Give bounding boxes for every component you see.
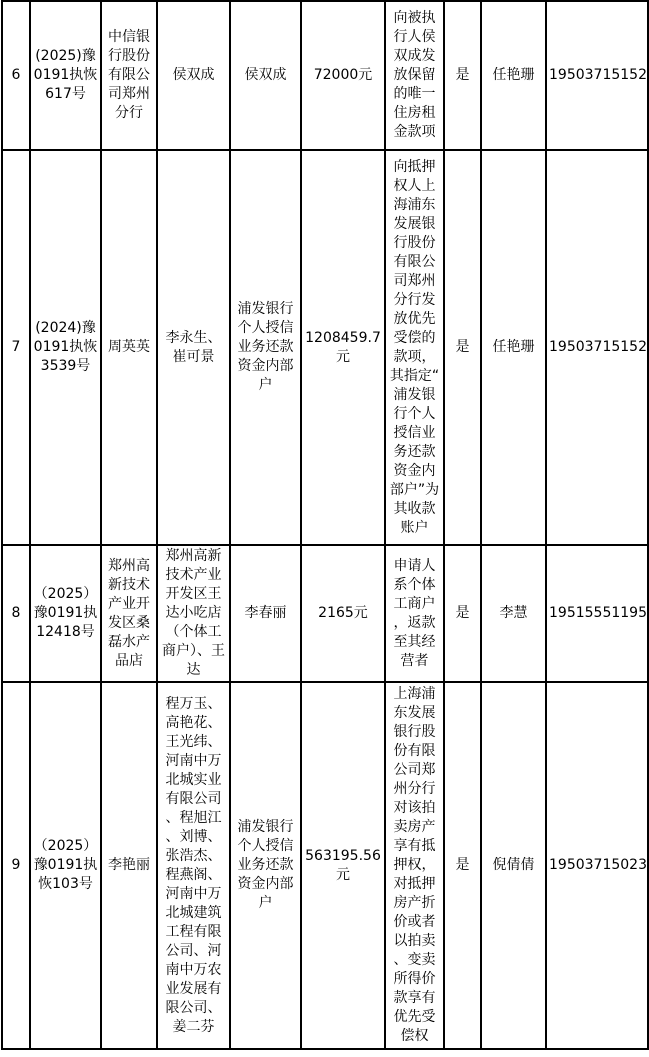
cell-case-no: (2024)豫0191执恢3539号: [30, 150, 101, 545]
cell-party-b: 郑州高新技术产业开发区王达小吃店（个体工商户）、王达: [157, 545, 230, 682]
cell-party-b: 程万玉、高艳花、王光纬、河南中万北城实业有限公司、程旭江、刘博、张浩杰、程燕阁、…: [157, 682, 230, 1049]
cell-note: 向被执行人侯双成发放保留的唯一住房租金款项: [385, 1, 444, 150]
cell-handler: 任艳珊: [481, 150, 546, 545]
cell-amount: 563195.56元: [301, 682, 385, 1049]
cell-flag: 是: [444, 1, 481, 150]
cell-note: 上海浦东发展银行股份有限公司郑州分行对该拍卖房产享有抵押权，对抵押房产折价或者以…: [385, 682, 444, 1049]
cell-note: 向抵押权人上海浦东发展银行股份有限公司郑州分行发放优先受偿的款项，其指定“浦发银…: [385, 150, 444, 545]
cell-seq: 7: [2, 150, 30, 545]
table-row: 8 （2025）豫0191执12418号 郑州高新技术产业开发区桑磊水产品店 郑…: [2, 545, 648, 682]
cell-payee: 侯双成: [230, 1, 301, 150]
table-row: 7 (2024)豫0191执恢3539号 周英英 李永生、崔可景 浦发银行个人授…: [2, 150, 648, 545]
execution-cases-table: 6 (2025)豫0191执恢617号 中信银行股份有限公司郑州分行 侯双成 侯…: [1, 0, 649, 1050]
cell-handler: 李慧: [481, 545, 546, 682]
cell-party-a: 李艳丽: [101, 682, 157, 1049]
cell-amount: 1208459.7元: [301, 150, 385, 545]
cell-case-no: （2025）豫0191执恢103号: [30, 682, 101, 1049]
cell-case-no: （2025）豫0191执12418号: [30, 545, 101, 682]
cell-party-a: 周英英: [101, 150, 157, 545]
cell-party-a: 郑州高新技术产业开发区桑磊水产品店: [101, 545, 157, 682]
cell-flag: 是: [444, 150, 481, 545]
cell-seq: 8: [2, 545, 30, 682]
cell-case-no: (2025)豫0191执恢617号: [30, 1, 101, 150]
cell-payee: 李春丽: [230, 545, 301, 682]
table-row: 9 （2025）豫0191执恢103号 李艳丽 程万玉、高艳花、王光纬、河南中万…: [2, 682, 648, 1049]
cell-payee: 浦发银行个人授信业务还款资金内部户: [230, 150, 301, 545]
cell-phone: 19503715023: [546, 682, 648, 1049]
cell-handler: 倪倩倩: [481, 682, 546, 1049]
cell-handler: 任艳珊: [481, 1, 546, 150]
table-row: 6 (2025)豫0191执恢617号 中信银行股份有限公司郑州分行 侯双成 侯…: [2, 1, 648, 150]
cell-party-a: 中信银行股份有限公司郑州分行: [101, 1, 157, 150]
cell-amount: 2165元: [301, 545, 385, 682]
cell-phone: 19515551195: [546, 545, 648, 682]
cell-note: 申请人系个体工商户，返款至其经营者: [385, 545, 444, 682]
cell-party-b: 李永生、崔可景: [157, 150, 230, 545]
cell-flag: 是: [444, 545, 481, 682]
cell-phone: 19503715152: [546, 1, 648, 150]
cell-seq: 6: [2, 1, 30, 150]
cell-amount: 72000元: [301, 1, 385, 150]
cell-party-b: 侯双成: [157, 1, 230, 150]
cell-seq: 9: [2, 682, 30, 1049]
document-page: 6 (2025)豫0191执恢617号 中信银行股份有限公司郑州分行 侯双成 侯…: [0, 0, 649, 1057]
cell-phone: 19503715152: [546, 150, 648, 545]
cell-payee: 浦发银行个人授信业务还款资金内部户: [230, 682, 301, 1049]
cell-flag: 是: [444, 682, 481, 1049]
